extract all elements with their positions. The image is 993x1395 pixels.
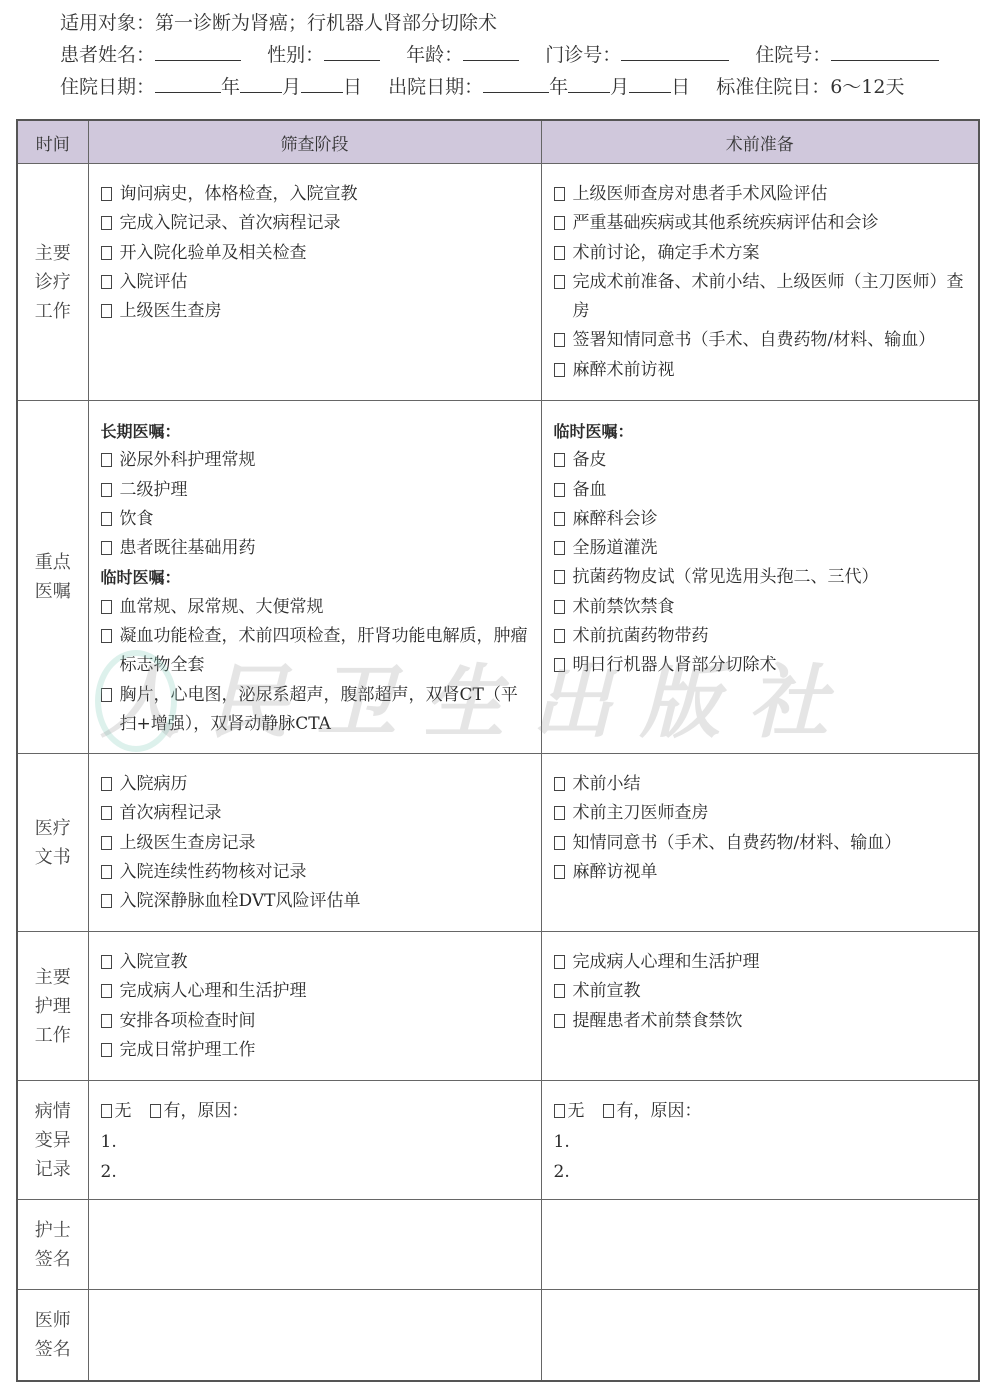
admission-month-field[interactable] (240, 76, 282, 93)
checklist-item[interactable]: 患者既往基础用药 (101, 534, 531, 563)
nursing-screening: 入院宣教 完成病人心理和生活护理 安排各项检查时间 完成日常护理工作 (88, 932, 541, 1081)
doctor-sign-screening-field[interactable] (88, 1290, 541, 1381)
checklist-item[interactable]: 询问病史，体格检查，入院宣教 (101, 180, 531, 209)
discharge-date-label: 出院日期： (388, 72, 483, 99)
row-nurse-sign: 护士签名 (17, 1200, 979, 1290)
checklist-item[interactable]: 上级医师查房对患者手术风险评估 (554, 180, 969, 209)
checklist-item[interactable]: 术前主刀医师查房 (554, 799, 969, 828)
admission-day-field[interactable] (301, 76, 343, 93)
checkbox-icon (554, 216, 565, 230)
checkbox-icon (101, 512, 112, 526)
month-label: 月 (282, 72, 301, 99)
checklist-item[interactable]: 术前小结 (554, 770, 969, 799)
checklist-item[interactable]: 术前禁饮禁食 (554, 593, 969, 622)
checkbox-icon (554, 541, 565, 555)
nurse-sign-screening-field[interactable] (88, 1200, 541, 1290)
checkbox-icon (150, 1104, 161, 1118)
checklist-item[interactable]: 签署知情同意书（手术、自费药物/材料、输血） (554, 326, 969, 355)
checklist-item[interactable]: 入院评估 (101, 268, 531, 297)
checkbox-icon (554, 246, 565, 260)
checkbox-icon (554, 363, 565, 377)
checkbox-icon (101, 1104, 112, 1118)
patient-info-line: 患者姓名： 性别： 年龄： 门诊号： 住院号： (60, 40, 939, 67)
row-label-variation: 病情变异记录 (17, 1081, 88, 1200)
checklist-item[interactable]: 术前抗菌药物带药 (554, 622, 969, 651)
checkbox-icon (554, 984, 565, 998)
year-label: 年 (549, 72, 568, 99)
variation-screening: 无有，原因： 1. 2. (88, 1081, 541, 1200)
checklist-item[interactable]: 麻醉科会诊 (554, 505, 969, 534)
outpatient-no-field[interactable] (621, 44, 729, 61)
checklist-item[interactable]: 完成入院记录、首次病程记录 (101, 209, 531, 238)
long-term-orders-title: 长期医嘱： (101, 417, 531, 446)
checklist-item[interactable]: 术前宣教 (554, 977, 969, 1006)
checkbox-icon (554, 570, 565, 584)
age-label: 年龄： (406, 40, 463, 67)
row-key-orders: 重点医嘱 长期医嘱： 泌尿外科护理常规 二级护理 饮食 患者既往基础用药 临时医… (17, 401, 979, 754)
checkbox-icon (101, 246, 112, 260)
admission-year-field[interactable] (155, 76, 221, 93)
checkbox-icon (101, 865, 112, 879)
medical-docs-screening: 入院病历 首次病程记录 上级医生查房记录 入院连续性药物核对记录 入院深静脉血栓… (88, 754, 541, 932)
checkbox-icon (554, 806, 565, 820)
checklist-item[interactable]: 入院宣教 (101, 948, 531, 977)
checklist-item[interactable]: 血常规、尿常规、大便常规 (101, 593, 531, 622)
checkbox-icon (101, 187, 112, 201)
outpatient-no-label: 门诊号： (545, 40, 621, 67)
checklist-item[interactable]: 严重基础疾病或其他系统疾病评估和会诊 (554, 209, 969, 238)
checkbox-icon (101, 955, 112, 969)
checklist-item[interactable]: 入院连续性药物核对记录 (101, 858, 531, 887)
checklist-item[interactable]: 麻醉访视单 (554, 858, 969, 887)
key-orders-preop: 临时医嘱： 备皮 备血 麻醉科会诊 全肠道灌洗 抗菌药物皮试（常见选用头孢二、三… (541, 401, 979, 754)
checklist-item[interactable]: 入院病历 (101, 770, 531, 799)
checkbox-icon (101, 216, 112, 230)
checkbox-icon (554, 629, 565, 643)
checklist-item[interactable]: 上级医生查房 (101, 297, 531, 326)
patient-name-label: 患者姓名： (60, 40, 155, 67)
checklist-item[interactable]: 首次病程记录 (101, 799, 531, 828)
discharge-day-field[interactable] (629, 76, 671, 93)
variation-line-1[interactable]: 1. (554, 1128, 969, 1157)
checkbox-icon (101, 541, 112, 555)
checklist-item[interactable]: 胸片，心电图，泌尿系超声，腹部超声，双肾CT（平扫+增强），双肾动静脉CTA (101, 681, 531, 740)
checkbox-icon (554, 658, 565, 672)
checkbox-icon (554, 483, 565, 497)
checkbox-icon (101, 629, 112, 643)
checklist-item[interactable]: 完成病人心理和生活护理 (554, 948, 969, 977)
row-label-main-work: 主要诊疗工作 (17, 164, 88, 401)
row-doctor-sign: 医师签名 (17, 1290, 979, 1381)
checklist-item[interactable]: 饮食 (101, 505, 531, 534)
checklist-item[interactable]: 完成术前准备、术前小结、上级医师（主刀医师）查房 (554, 268, 969, 327)
checklist-item[interactable]: 全肠道灌洗 (554, 534, 969, 563)
header-time: 时间 (17, 120, 88, 164)
checkbox-icon (101, 894, 112, 908)
checkbox-icon (554, 865, 565, 879)
checkbox-icon (554, 777, 565, 791)
checkbox-icon (101, 1014, 112, 1028)
checkbox-icon (101, 600, 112, 614)
checkbox-icon (554, 187, 565, 201)
checkbox-icon (554, 836, 565, 850)
checklist-item[interactable]: 明日行机器人肾部分切除术 (554, 651, 969, 680)
date-info-line: 住院日期：年月日 出院日期：年月日 标准住院日：6～12天 (60, 72, 904, 99)
checklist-item[interactable]: 抗菌药物皮试（常见选用头孢二、三代） (554, 563, 969, 592)
checkbox-icon (554, 600, 565, 614)
checklist-item[interactable]: 安排各项检查时间 (101, 1007, 531, 1036)
medical-docs-preop: 术前小结 术前主刀医师查房 知情同意书（手术、自费药物/材料、输血） 麻醉访视单 (541, 754, 979, 932)
temp-orders-title: 临时医嘱： (101, 563, 531, 592)
checkbox-icon (101, 275, 112, 289)
variation-preop: 无有，原因： 1. 2. (541, 1081, 979, 1200)
row-label-key-orders: 重点医嘱 (17, 401, 88, 754)
main-work-preop: 上级医师查房对患者手术风险评估 严重基础疾病或其他系统疾病评估和会诊 术前讨论，… (541, 164, 979, 401)
row-label-nursing: 主要护理工作 (17, 932, 88, 1081)
checkbox-icon (101, 806, 112, 820)
checkbox-icon (101, 483, 112, 497)
standard-stay: 标准住院日：6～12天 (716, 72, 904, 99)
variation-line-1[interactable]: 1. (101, 1128, 531, 1157)
main-work-screening: 询问病史，体格检查，入院宣教 完成入院记录、首次病程记录 开入院化验单及相关检查… (88, 164, 541, 401)
variation-none-checkbox[interactable]: 无 (101, 1097, 132, 1126)
checkbox-icon (101, 688, 112, 702)
discharge-year-field[interactable] (483, 76, 549, 93)
checklist-item[interactable]: 术前讨论，确定手术方案 (554, 239, 969, 268)
admission-date-label: 住院日期： (60, 72, 155, 99)
row-main-work: 主要诊疗工作 询问病史，体格检查，入院宣教 完成入院记录、首次病程记录 开入院化… (17, 164, 979, 401)
checklist-item[interactable]: 提醒患者术前禁食禁饮 (554, 1007, 969, 1036)
checklist-item[interactable]: 二级护理 (101, 476, 531, 505)
checklist-item[interactable]: 备皮 (554, 446, 969, 475)
month-label: 月 (610, 72, 629, 99)
checkbox-icon (101, 777, 112, 791)
row-nursing: 主要护理工作 入院宣教 完成病人心理和生活护理 安排各项检查时间 完成日常护理工… (17, 932, 979, 1081)
inpatient-no-field[interactable] (831, 44, 939, 61)
checkbox-icon (603, 1104, 614, 1118)
checkbox-icon (554, 1104, 565, 1118)
day-label: 日 (343, 72, 362, 99)
checkbox-icon (101, 304, 112, 318)
checkbox-icon (101, 836, 112, 850)
checkbox-icon (554, 333, 565, 347)
discharge-month-field[interactable] (568, 76, 610, 93)
checklist-item[interactable]: 知情同意书（手术、自费药物/材料、输血） (554, 829, 969, 858)
checkbox-icon (554, 1014, 565, 1028)
variation-line-2[interactable]: 2. (554, 1158, 969, 1187)
checklist-item[interactable]: 备血 (554, 476, 969, 505)
doctor-sign-preop-field[interactable] (541, 1290, 979, 1381)
key-orders-screening: 长期医嘱： 泌尿外科护理常规 二级护理 饮食 患者既往基础用药 临时医嘱： 血常… (88, 401, 541, 754)
patient-name-field[interactable] (155, 44, 241, 61)
gender-label: 性别： (267, 40, 324, 67)
checkbox-icon (554, 453, 565, 467)
nursing-preop: 完成病人心理和生活护理 术前宣教 提醒患者术前禁食禁饮 (541, 932, 979, 1081)
variation-none-checkbox[interactable]: 无 (554, 1097, 585, 1126)
header-preop: 术前准备 (541, 120, 979, 164)
checklist-item[interactable]: 上级医生查房记录 (101, 829, 531, 858)
checkbox-icon (101, 1043, 112, 1057)
inpatient-no-label: 住院号： (755, 40, 831, 67)
row-medical-docs: 医疗文书 入院病历 首次病程记录 上级医生查房记录 入院连续性药物核对记录 入院… (17, 754, 979, 932)
header-screening: 筛查阶段 (88, 120, 541, 164)
checkbox-icon (101, 984, 112, 998)
clinical-pathway-table: 时间 筛查阶段 术前准备 主要诊疗工作 询问病史，体格检查，入院宣教 完成入院记… (16, 119, 980, 1382)
checkbox-icon (554, 512, 565, 526)
nurse-sign-preop-field[interactable] (541, 1200, 979, 1290)
checkbox-icon (101, 453, 112, 467)
checklist-item[interactable]: 开入院化验单及相关检查 (101, 239, 531, 268)
checklist-item[interactable]: 麻醉术前访视 (554, 356, 969, 385)
row-label-nurse-sign: 护士签名 (17, 1200, 88, 1290)
row-label-medical-docs: 医疗文书 (17, 754, 88, 932)
year-label: 年 (221, 72, 240, 99)
row-label-doctor-sign: 医师签名 (17, 1290, 88, 1381)
checklist-item[interactable]: 完成日常护理工作 (101, 1036, 531, 1065)
checklist-item[interactable]: 入院深静脉血栓DVT风险评估单 (101, 887, 531, 916)
checklist-item[interactable]: 泌尿外科护理常规 (101, 446, 531, 475)
checklist-item[interactable]: 完成病人心理和生活护理 (101, 977, 531, 1006)
variation-yes-checkbox[interactable]: 有，原因： (603, 1097, 702, 1126)
checklist-item[interactable]: 凝血功能检查，术前四项检查，肝肾功能电解质，肿瘤标志物全套 (101, 622, 531, 681)
gender-field[interactable] (324, 44, 380, 61)
variation-yes-checkbox[interactable]: 有，原因： (150, 1097, 249, 1126)
checkbox-icon (554, 275, 565, 289)
row-variation: 病情变异记录 无有，原因： 1. 2. 无有，原因： 1. 2. (17, 1081, 979, 1200)
checkbox-icon (554, 955, 565, 969)
applicable-subject: 适用对象：第一诊断为肾癌；行机器人肾部分切除术 (60, 8, 497, 35)
variation-line-2[interactable]: 2. (101, 1158, 531, 1187)
day-label: 日 (671, 72, 690, 99)
temp-orders-title: 临时医嘱： (554, 417, 969, 446)
table-header-row: 时间 筛查阶段 术前准备 (17, 120, 979, 164)
age-field[interactable] (463, 44, 519, 61)
